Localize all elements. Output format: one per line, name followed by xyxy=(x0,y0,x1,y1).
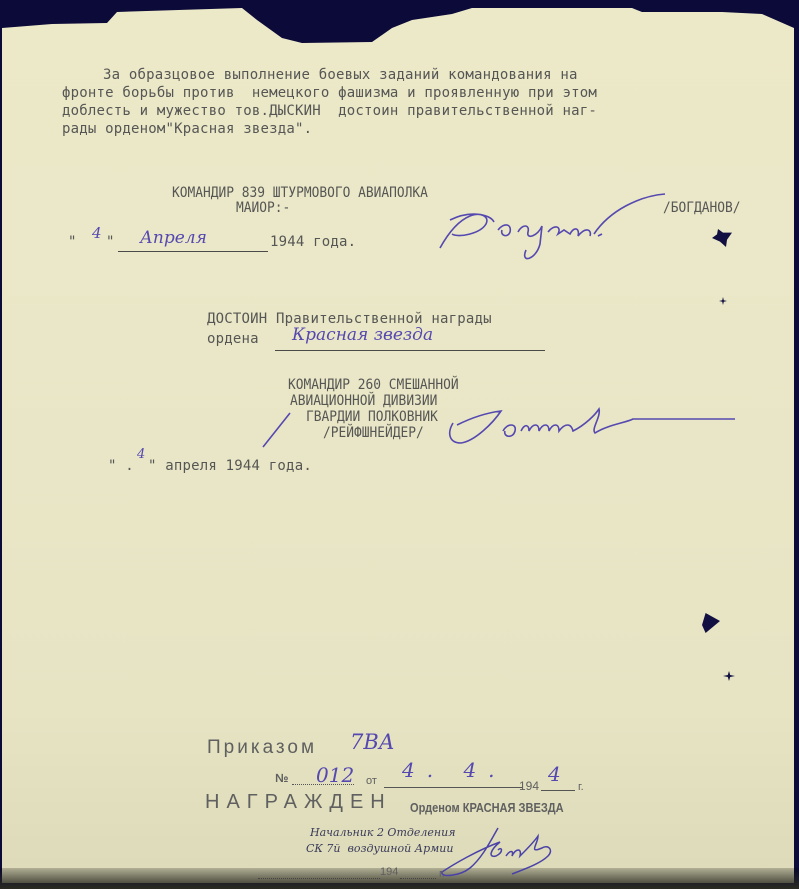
citation-line-3: доблесть и мужество тов.ДЫСКИН достоин п… xyxy=(62,103,597,119)
recommendation-award: Красная звезда xyxy=(292,325,433,345)
chief-signature xyxy=(430,828,570,888)
order-from-label: от xyxy=(366,775,377,787)
regiment-commander-title: КОМАНДИР 839 ШТУРМОВОГО АВИАПОЛКА xyxy=(172,185,428,201)
regiment-commander-rank: МАИОР:- xyxy=(236,200,290,216)
citation-line-4: рады орденом"Красная звезда". xyxy=(62,121,312,137)
order-number: 012 xyxy=(316,763,354,787)
division-date-prefix: " . xyxy=(108,458,134,474)
citation-line-2: фронте борьбы против немецкого фашизма и… xyxy=(62,85,597,101)
regiment-date-quote-open: " xyxy=(68,234,77,250)
order-year-underline xyxy=(541,790,575,791)
regiment-date-quote-close: " xyxy=(106,234,115,250)
citation-line-1: За образцовое выполнение боевых заданий … xyxy=(103,67,578,83)
division-commander-title-1: КОМАНДИР 260 СМЕШАННОЙ xyxy=(288,377,459,393)
regiment-date-month-underline xyxy=(118,251,268,252)
regiment-date-month: Апреля xyxy=(140,228,207,248)
order-stamp-prefix: Приказом xyxy=(207,737,317,759)
recommendation-award-underline xyxy=(275,350,545,351)
order-number-label: № xyxy=(275,771,288,785)
regiment-commander-name: /БОГДАНОВ/ xyxy=(663,200,741,216)
bottom-date-year-line xyxy=(400,878,436,879)
order-date-underline xyxy=(384,787,522,788)
order-year-suffix: г. xyxy=(578,781,584,793)
division-date-day: 4 xyxy=(137,447,145,462)
order-issuer: 7ВА xyxy=(350,730,395,754)
awarded-with: Орденом КРАСНАЯ ЗВЕЗДА xyxy=(410,800,564,815)
bottom-date-suffix: г. xyxy=(439,868,445,880)
division-date-suffix: " апреля 1944 года. xyxy=(148,458,312,474)
bottom-date-year: 194 xyxy=(380,866,398,878)
order-year-prefix: 194 xyxy=(519,779,539,793)
regiment-commander-signature xyxy=(430,190,670,270)
awarded-label: НАГРАЖДЕН xyxy=(205,791,392,814)
bottom-date-dotted-line xyxy=(258,878,380,879)
division-commander-signature xyxy=(255,395,755,465)
order-date: 4. 4. xyxy=(402,758,507,782)
order-year: 4 xyxy=(548,762,561,786)
regiment-date-year: 1944 года. xyxy=(270,234,356,250)
regiment-date-day: 4 xyxy=(92,224,102,242)
recommendation-order-label: ордена xyxy=(207,331,259,347)
